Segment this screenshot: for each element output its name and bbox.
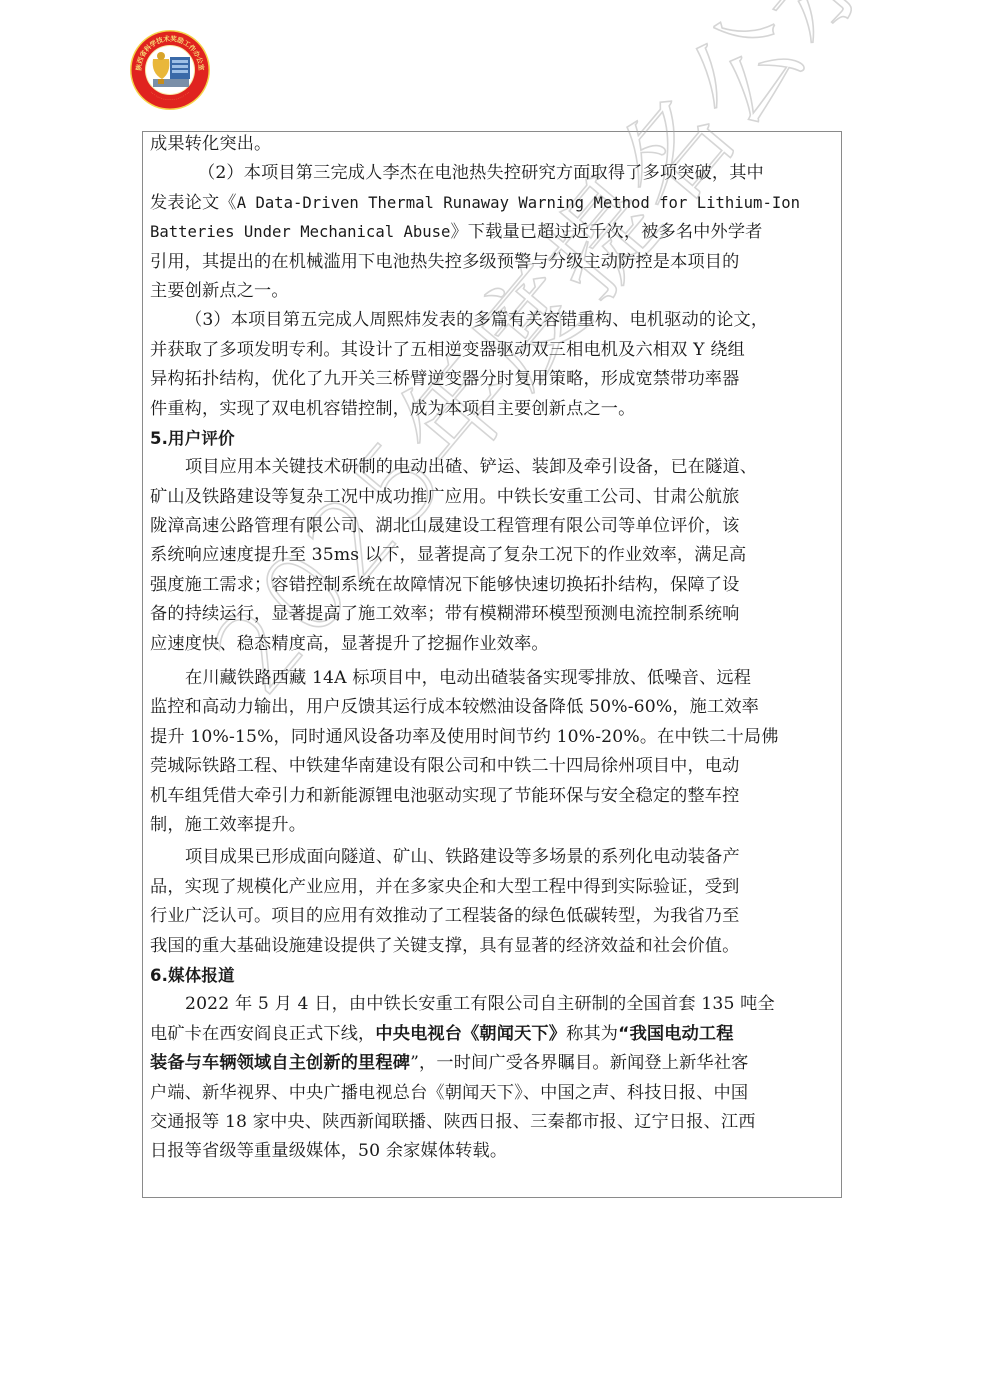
paragraph-line: 备的持续运行，显著提高了施工效率；带有模糊滞环模型预测电流控制系统响: [150, 600, 840, 629]
paragraph-line: 日报等省级等重量级媒体，50 余家媒体转载。: [150, 1137, 840, 1166]
paragraph-line: 主要创新点之一。: [150, 277, 840, 306]
seal-emblem-icon: 陕西省科学技术奖励工作办公室 · · · · · · · · · · · · ·…: [129, 29, 211, 111]
user-evaluation-paragraph-2: 在川藏铁路西藏 14A 标项目中，电动出碴装备实现零排放、低噪音、远程 监控和高…: [150, 664, 840, 840]
user-evaluation-paragraph-1: 项目应用本关键技术研制的电动出碴、铲运、装卸及牵引设备，已在隧道、 矿山及铁路建…: [150, 453, 840, 659]
emphasis-quote: “我国电动工程: [618, 1024, 733, 1044]
paragraph-line: 莞城际铁路工程、中铁建华南建设有限公司和中铁二十四局徐州项目中，电动: [150, 752, 840, 781]
paragraph-text: ”，一时间广受各界瞩目。新闻登上新华社客: [410, 1053, 748, 1073]
paragraph-line: 引用，其提出的在机械滥用下电池热失控多级预警与分级主动防控是本项目的: [150, 248, 840, 277]
paragraph-line: 行业广泛认可。项目的应用有效推动了工程装备的绿色低碳转型，为我省乃至: [150, 902, 840, 931]
paragraph-line: 并获取了多项发明专利。其设计了五相逆变器驱动双三相电机及六相双 Y 绕组: [150, 336, 840, 365]
paragraph-line: 机车组凭借大牵引力和新能源锂电池驱动实现了节能环保与安全稳定的整车控: [150, 782, 840, 811]
paper-title: A Data-Driven Thermal Runaway Warning Me…: [237, 194, 800, 212]
paragraph-line: 2022 年 5 月 4 日，由中铁长安重工有限公司自主研制的全国首套 135 …: [150, 990, 840, 1019]
paragraph-line: 矿山及铁路建设等复杂工况中成功推广应用。中铁长安重工公司、甘肃公航旅: [150, 483, 840, 512]
paragraph-line: 交通报等 18 家中央、陕西新闻联播、陕西日报、三秦都市报、辽宁日报、江西: [150, 1108, 840, 1137]
paragraph-line: 强度施工需求；容错控制系统在故障情况下能够快速切换拓扑结构，保障了设: [150, 571, 840, 600]
paragraph-line: 制，施工效率提升。: [150, 811, 840, 840]
paragraph-line: Batteries Under Mechanical Abuse》下载量已超过近…: [150, 218, 840, 247]
emphasis-quote: 装备与车辆领域自主创新的里程碑: [150, 1053, 410, 1073]
paragraph-line: 提升 10%-15%，同时通风设备功率及使用时间节约 10%-20%。在中铁二十…: [150, 723, 840, 752]
paragraph-line: （2）本项目第三完成人李杰在电池热失控研究方面取得了多项突破，其中: [150, 159, 840, 188]
paragraph-line: 监控和高动力输出，用户反馈其运行成本较燃油设备降低 50%-60%，施工效率: [150, 693, 840, 722]
paragraph-line: 应速度快、稳态精度高，显著提升了挖掘作业效率。: [150, 630, 840, 659]
section-heading-media-coverage: 6.媒体报道: [150, 961, 840, 990]
paragraph-line: 我国的重大基础设施建设提供了关键支撑，具有显著的经济效益和社会价值。: [150, 932, 840, 961]
paragraph-line: 件重构，实现了双电机容错控制，成为本项目主要创新点之一。: [150, 395, 840, 424]
paragraph-line: 品，实现了规模化产业应用，并在多家央企和大型工程中得到实际验证，受到: [150, 873, 840, 902]
paragraph-item-2: （2）本项目第三完成人李杰在电池热失控研究方面取得了多项突破，其中 发表论文《A…: [150, 159, 840, 306]
media-coverage-paragraph: 2022 年 5 月 4 日，由中铁长安重工有限公司自主研制的全国首套 135 …: [150, 990, 840, 1166]
paragraph-line: 项目应用本关键技术研制的电动出碴、铲运、装卸及牵引设备，已在隧道、: [150, 453, 840, 482]
paragraph-line: 在川藏铁路西藏 14A 标项目中，电动出碴装备实现零排放、低噪音、远程: [150, 664, 840, 693]
paragraph-line: 异构拓扑结构，优化了九开关三桥臂逆变器分时复用策略，形成宽禁带功率器: [150, 365, 840, 394]
paragraph-line: 发表论文《A Data-Driven Thermal Runaway Warni…: [150, 189, 840, 218]
paragraph-item-3: （3）本项目第五完成人周熙炜发表的多篇有关容错重构、电机驱动的论文， 并获取了多…: [150, 306, 840, 424]
document-body: 成果转化突出。 （2）本项目第三完成人李杰在电池热失控研究方面取得了多项突破，其…: [150, 130, 840, 1167]
paragraph-text: 称其为: [566, 1024, 618, 1044]
paragraph-text: 》下载量已超过近千次，被多名中外学者: [450, 222, 762, 242]
paragraph-line: 系统响应速度提升至 35ms 以下，显著提高了复杂工况下的作业效率，满足高: [150, 541, 840, 570]
paragraph-line: 电矿卡在西安阎良正式下线，中央电视台《朝闻天下》称其为“我国电动工程: [150, 1020, 840, 1049]
emphasis-text: 中央电视台《朝闻天下》: [375, 1024, 566, 1044]
paragraph-text: 电矿卡在西安阎良正式下线，: [150, 1024, 375, 1044]
paragraph-line: 项目成果已形成面向隧道、矿山、铁路建设等多场景的系列化电动装备产: [150, 843, 840, 872]
paragraph-line: 成果转化突出。: [150, 130, 840, 159]
paragraph-text: 发表论文《: [150, 193, 237, 213]
seal-logo: 陕西省科学技术奖励工作办公室 · · · · · · · · · · · · ·…: [129, 29, 211, 111]
paragraph-line: 户端、新华视界、中央广播电视总台《朝闻天下》、中国之声、科技日报、中国: [150, 1079, 840, 1108]
paper-title: Batteries Under Mechanical Abuse: [150, 223, 450, 241]
paragraph-line: 装备与车辆领域自主创新的里程碑”，一时间广受各界瞩目。新闻登上新华社客: [150, 1049, 840, 1078]
section-heading-user-evaluation: 5.用户评价: [150, 424, 840, 453]
user-evaluation-paragraph-3: 项目成果已形成面向隧道、矿山、铁路建设等多场景的系列化电动装备产 品，实现了规模…: [150, 843, 840, 961]
paragraph-line: （3）本项目第五完成人周熙炜发表的多篇有关容错重构、电机驱动的论文，: [150, 306, 840, 335]
paragraph-line: 陇漳高速公路管理有限公司、湖北山晟建设工程管理有限公司等单位评价，该: [150, 512, 840, 541]
